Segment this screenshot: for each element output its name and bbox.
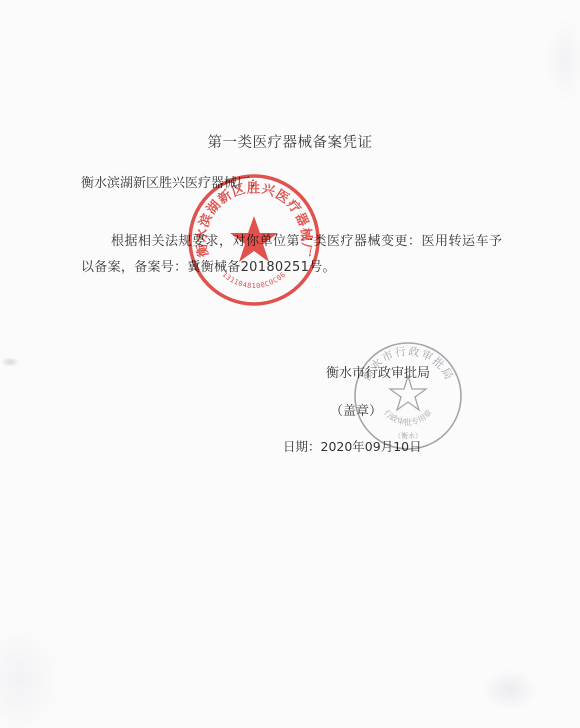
issue-date: 日期：2020年09月10日 [283,437,422,455]
body-paragraph-line-1: 根据相关法规要求，对你单位第一类医疗器械变更：医用转运车予 [111,230,503,249]
document-title: 第一类医疗器械备案凭证 [0,131,580,152]
addressee: 衡水滨湖新区胜兴医疗器械厂： [81,172,263,191]
issuing-authority: 衡水市行政审批局 [326,362,430,381]
grey-seal-bottom-text: 行政审批专用章 [382,407,434,427]
grey-seal-icon: 衡水市行政审批局 行政审批专用章 （衡水） [352,340,464,452]
stamp-note: （盖章） [330,400,382,419]
svg-text:行政审批专用章: 行政审批专用章 [382,407,434,427]
body-paragraph-line-2: 以备案，备案号：冀衡械备20180251号。 [81,256,336,275]
scanned-page: 第一类医疗器械备案凭证 衡水滨湖新区胜兴医疗器械厂： 根据相关法规要求，对你单位… [0,0,580,728]
